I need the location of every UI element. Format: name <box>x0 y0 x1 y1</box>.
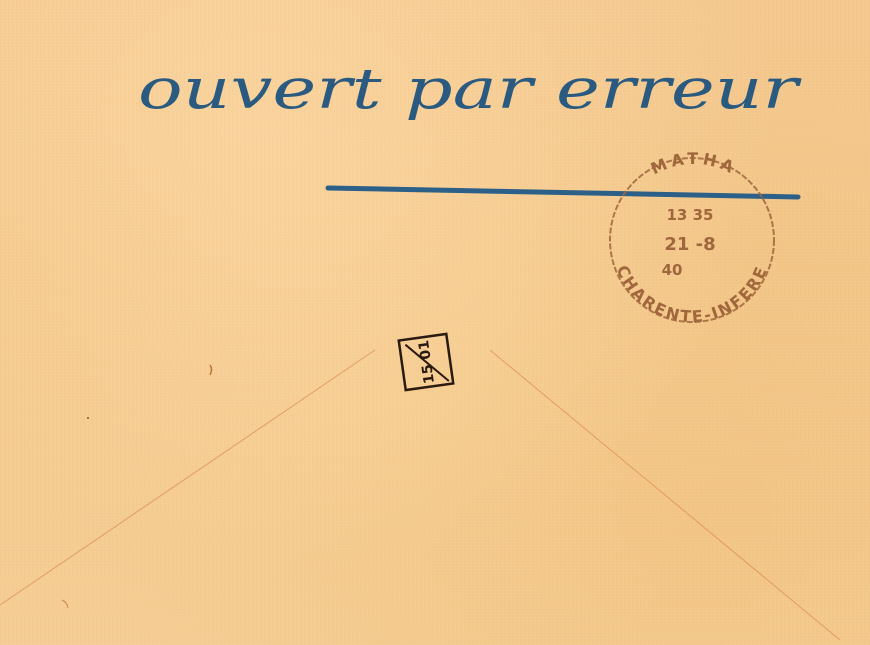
envelope-back: ouvert par erreur MATHA CHARENTE-INFERE … <box>0 0 870 645</box>
paper-stains <box>0 0 870 645</box>
